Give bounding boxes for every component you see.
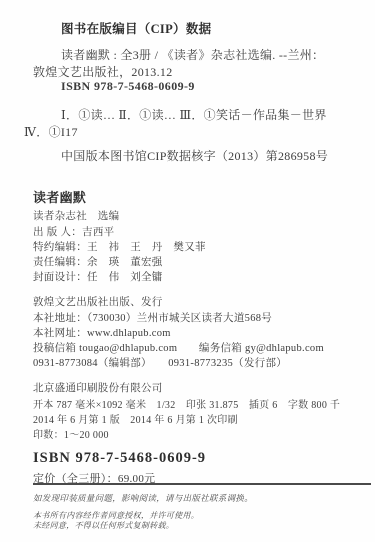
- rights-note-line2: 未经同意，不得以任何形式复制转载。: [33, 520, 174, 531]
- horizontal-divider: [33, 483, 371, 485]
- cip-classification-line1: Ⅰ．①读… Ⅱ．①读… Ⅲ．①笑话－作品集－世界: [61, 106, 327, 123]
- publisher-phones: 0931-8773084（编辑部） 0931-8773235（发行部）: [33, 355, 287, 370]
- printing-run: 印数：1～20 000: [33, 426, 109, 441]
- publisher-person: 出 版 人：吉西平: [33, 224, 114, 239]
- printing-company: 北京盛通印刷股份有限公司: [33, 380, 163, 395]
- book-title: 读者幽默: [33, 187, 86, 206]
- cip-record-number: 中国版本图书馆CIP数据核字（2013）第286958号: [61, 147, 328, 164]
- cover-designers: 封面设计：任 伟 刘全镛: [33, 269, 163, 284]
- publisher-website: 本社网址：www.dhlapub.com: [33, 325, 171, 340]
- publisher-address: 本社地址：（730030）兰州市城关区读者大道568号: [33, 310, 272, 325]
- isbn-number: ISBN 978-7-5468-0609-9: [33, 450, 206, 467]
- printing-edition: 2014 年 6 月第 1 版 2014 年 6 月第 1 次印刷: [33, 411, 238, 426]
- cip-heading: 图书在版编目（CIP）数据: [61, 19, 211, 37]
- cip-title-statement-line2: 敦煌文艺出版社，2013.12: [33, 63, 173, 80]
- cip-isbn: ISBN 978-7-5468-0609-9: [61, 79, 195, 94]
- responsible-editors: 责任编辑：余 瑛 董宏强: [33, 254, 163, 269]
- book-editor: 读者杂志社 选编: [33, 208, 119, 223]
- special-editors: 特约编辑：王 祎 王 丹 樊又菲: [33, 239, 206, 254]
- quality-note: 如发现印装质量问题，影响阅读，请与出版社联系调换。: [33, 492, 253, 504]
- printing-format-spec: 开本 787 毫米×1092 毫米 1/32 印张 31.875 插页 6 字数…: [33, 396, 340, 411]
- cip-title-statement-line1: 读者幽默 : 全3册 / 《读者》杂志社选编. --兰州：: [61, 46, 324, 63]
- publisher-emails: 投稿信箱 tougao@dhlapub.com 编务信箱 gy@dhlapub.…: [33, 340, 324, 355]
- copyright-page: 图书在版编目（CIP）数据 读者幽默 : 全3册 / 《读者》杂志社选编. --…: [0, 0, 375, 542]
- publisher-issue-line: 敦煌文艺出版社出版、发行: [33, 294, 163, 309]
- cip-classification-line2: Ⅳ．①I17: [24, 123, 78, 140]
